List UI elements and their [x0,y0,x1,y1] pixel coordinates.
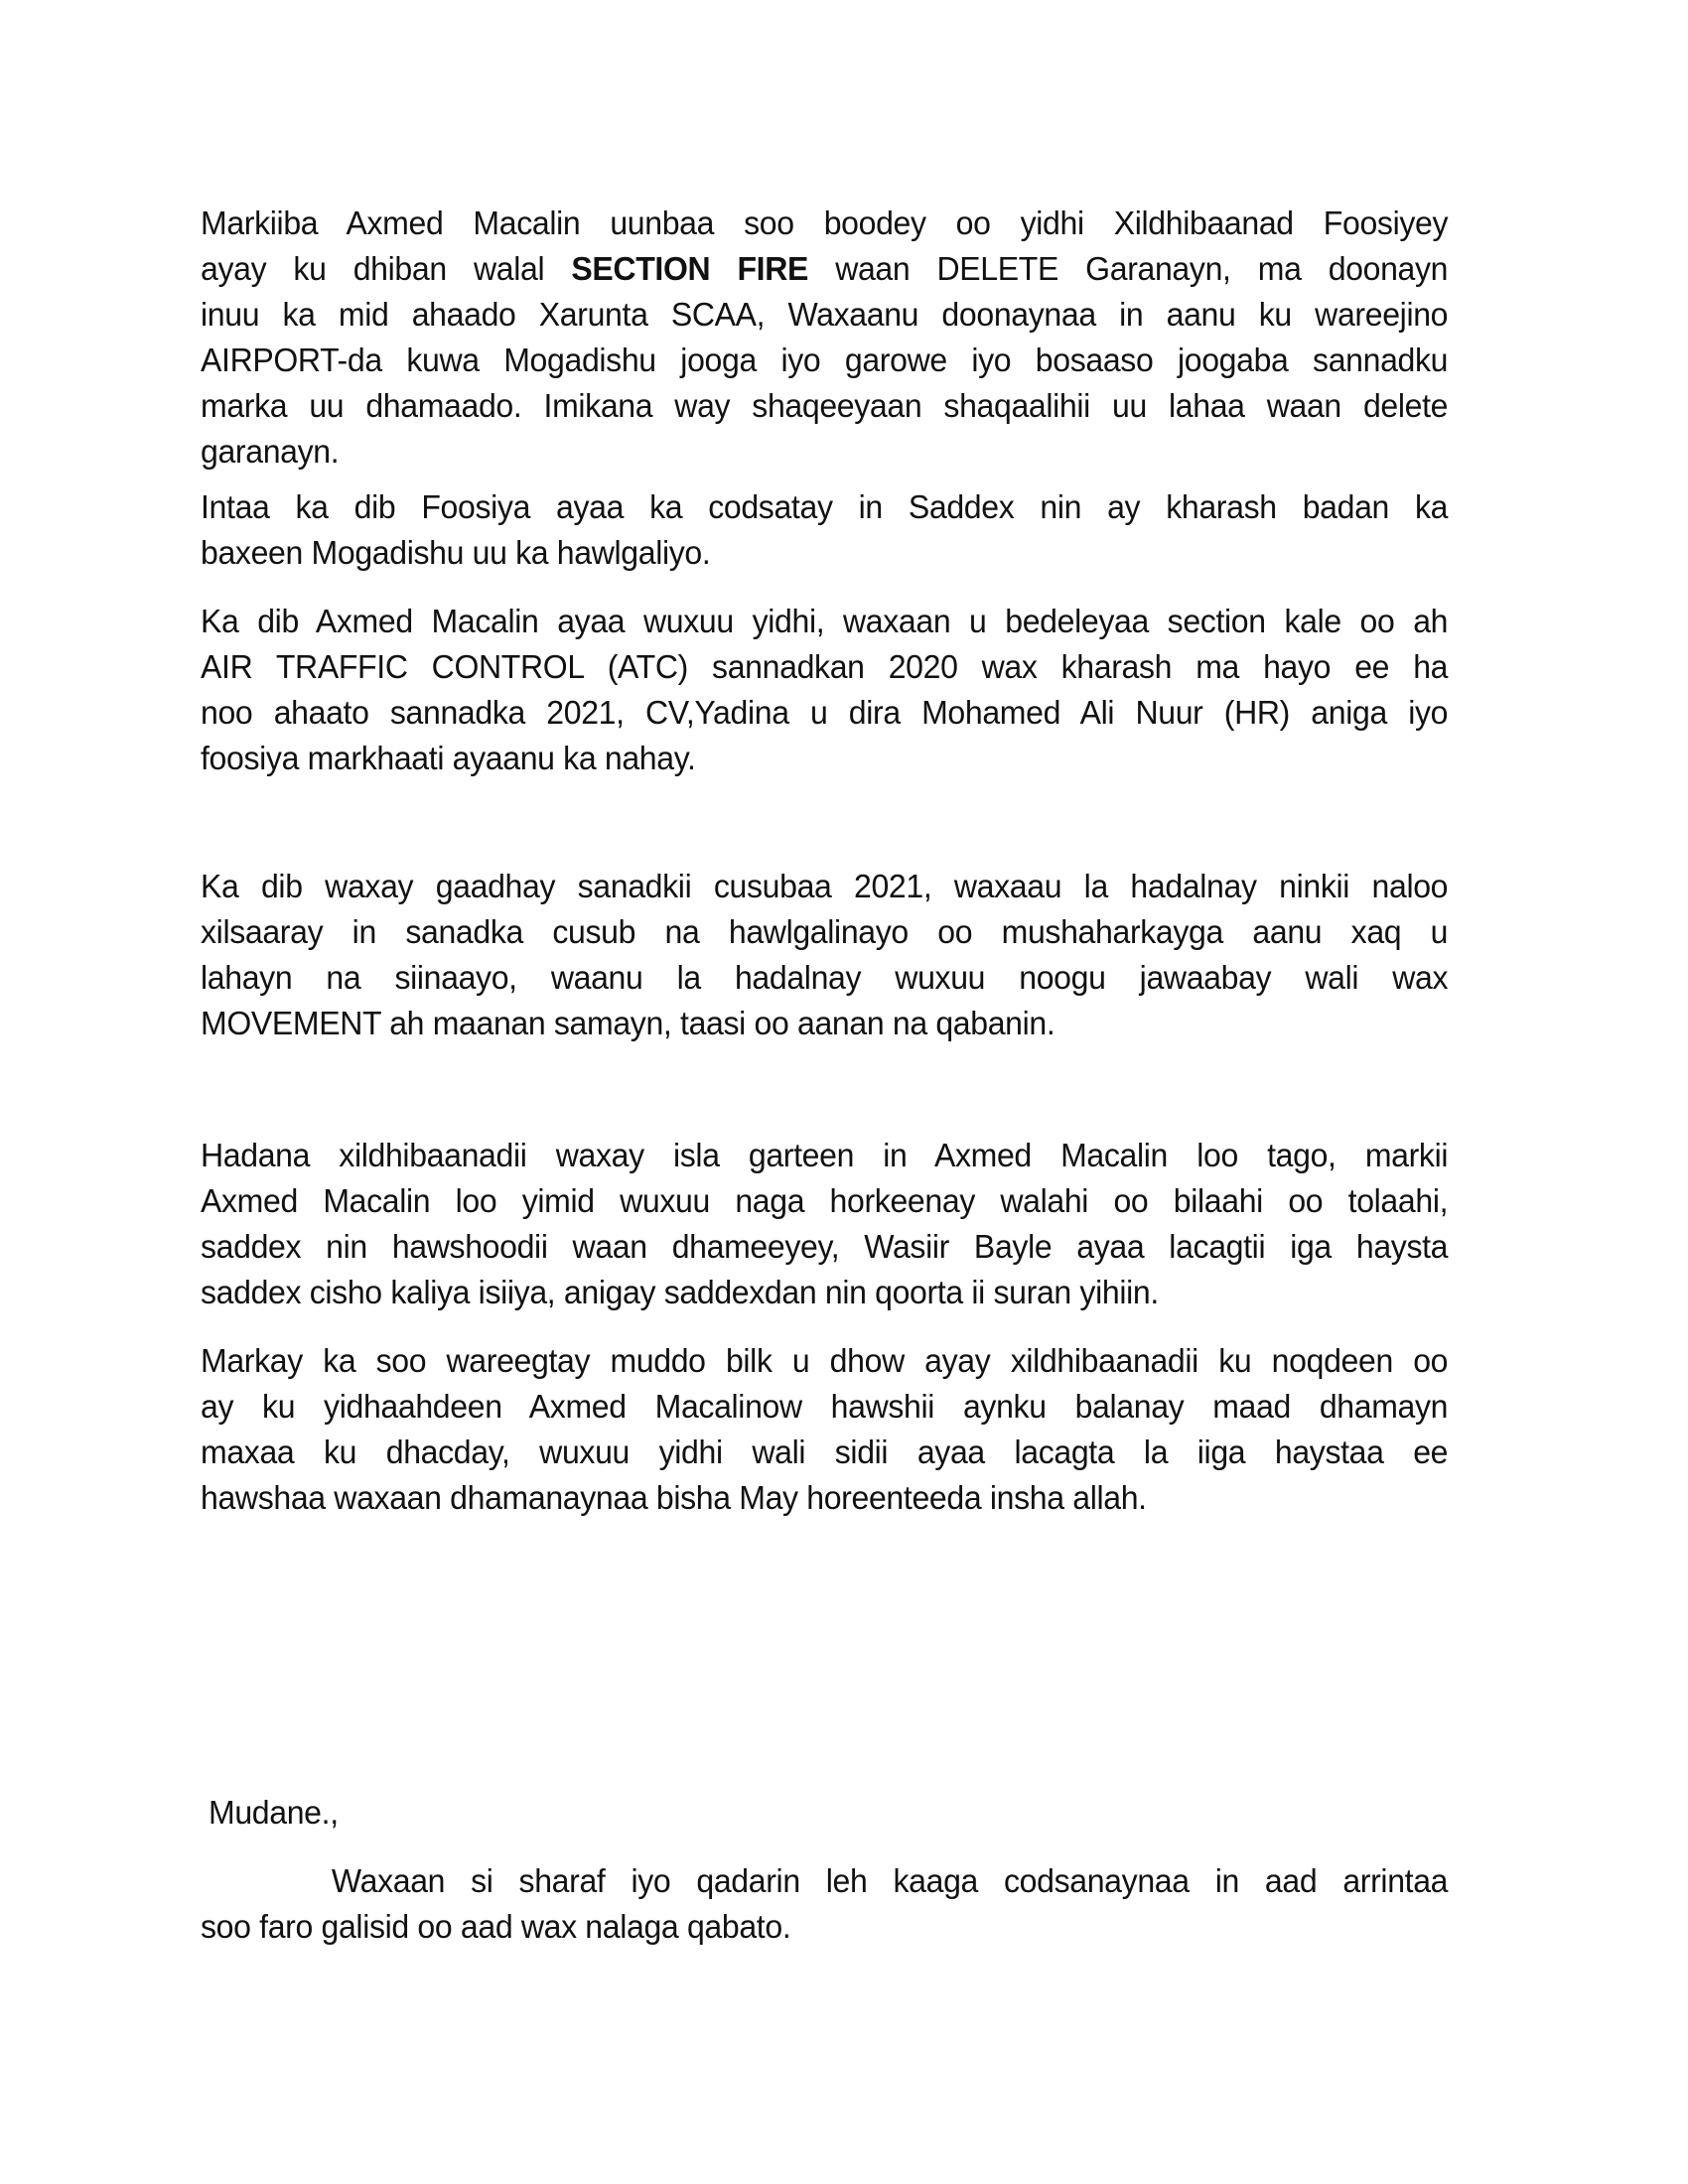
text-line: ayay ku dhiban walal SECTION FIRE waan D… [201,246,1448,292]
closing-paragraph: Waxaan si sharaf iyo qadarin leh kaaga c… [201,1858,1448,1950]
text-line: inuu ka mid ahaado Xarunta SCAA, Waxaanu… [201,292,1448,338]
text-line: xilsaaray in sanadka cusub na hawlgalina… [201,909,1448,955]
text-line: Markiiba Axmed Macalin uunbaa soo boodey… [201,201,1448,246]
text-line: garanayn. [201,429,1448,475]
text-line: MOVEMENT ah maanan samayn, taasi oo aana… [201,1001,1448,1046]
text-line: foosiya markhaati ayaanu ka nahay. [201,736,1448,781]
text-line: noo ahaato sannadka 2021, CV,Yadina u di… [201,690,1448,736]
paragraph-foosiya-request: Intaa ka dib Foosiya ayaa ka codsatay in… [201,484,1448,576]
text-line: Hadana xildhibaanadii waxay isla garteen… [201,1133,1448,1178]
closing-line: Waxaan si sharaf iyo qadarin leh kaaga c… [201,1858,1448,1904]
text-line: marka uu dhamaado. Imikana way shaqeeyaa… [201,383,1448,429]
text-line: Axmed Macalin loo yimid wuxuu naga horke… [201,1178,1448,1224]
text-line: AIR TRAFFIC CONTROL (ATC) sannadkan 2020… [201,644,1448,690]
text-line: maxaa ku dhacday, wuxuu yidhi wali sidii… [201,1430,1448,1475]
bold-emphasis: SECTION FIRE [571,250,808,287]
text-line: AIRPORT-da kuwa Mogadishu jooga iyo garo… [201,338,1448,383]
paragraph-section-fire: Markiiba Axmed Macalin uunbaa soo boodey… [201,201,1448,475]
document-page: Markiiba Axmed Macalin uunbaa soo boodey… [0,0,1688,2184]
text-line: saddex nin hawshoodii waan dhameeyey, Wa… [201,1224,1448,1270]
paragraph-atc-transfer: Ka dib Axmed Macalin ayaa wuxuu yidhi, w… [201,599,1448,781]
text-line: baxeen Mogadishu uu ka hawlgaliyo. [201,530,1448,576]
paragraph-follow-up: Markay ka soo wareegtay muddo bilk u dho… [201,1338,1448,1521]
paragraph-new-year-2021: Ka dib waxay gaadhay sanadkii cusubaa 20… [201,864,1448,1046]
closing-line: soo faro galisid oo aad wax nalaga qabat… [201,1904,1448,1950]
text-line: Markay ka soo wareegtay muddo bilk u dho… [201,1338,1448,1384]
paragraph-mps-meeting: Hadana xildhibaanadii waxay isla garteen… [201,1133,1448,1315]
text-line: Ka dib waxay gaadhay sanadkii cusubaa 20… [201,864,1448,909]
text-line: hawshaa waxaan dhamanaynaa bisha May hor… [201,1475,1448,1521]
text-line: Intaa ka dib Foosiya ayaa ka codsatay in… [201,484,1448,530]
text-line: saddex cisho kaliya isiiya, anigay sadde… [201,1270,1448,1315]
text-line: lahayn na siinaayo, waanu la hadalnay wu… [201,955,1448,1001]
salutation: Mudane., [209,1790,1456,1836]
text-line: Ka dib Axmed Macalin ayaa wuxuu yidhi, w… [201,599,1448,644]
text-line: ay ku yidhaahdeen Axmed Macalinow hawshi… [201,1384,1448,1430]
